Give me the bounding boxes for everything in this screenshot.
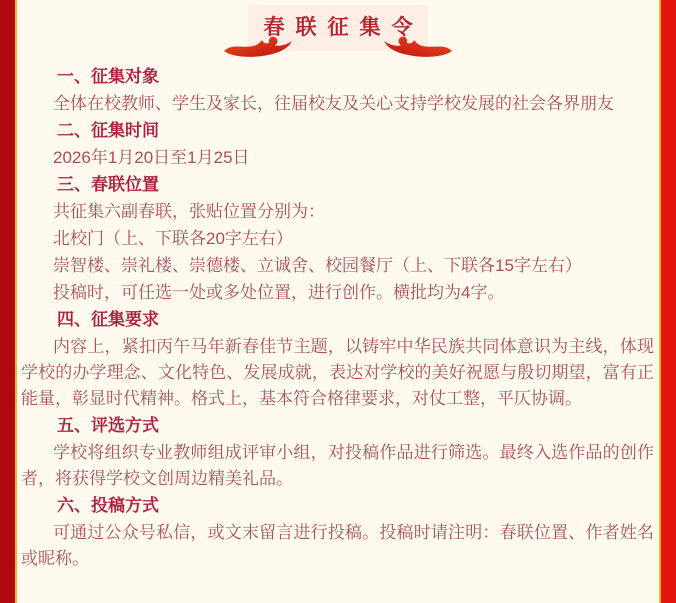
paragraph: 可通过公众号私信，或文末留言进行投稿。投稿时请注明：春联位置、作者姓名或昵称。 (21, 520, 654, 572)
section-heading: 三、春联位置 (21, 172, 654, 198)
section-couplet-locations: 三、春联位置 共征集六副春联，张贴位置分别为： 北校门（上、下联各20字左右） … (21, 172, 654, 306)
title-banner: 春联征集令 (248, 5, 428, 51)
left-red-border (0, 0, 15, 603)
section-collection-targets: 一、征集对象 全体在校教师、学生及家长，往届校友及关心支持学校发展的社会各界朋友 (21, 64, 654, 117)
section-heading: 六、投稿方式 (21, 493, 654, 519)
paragraph: 内容上，紧扣丙午马年新春佳节主题，以铸牢中华民族共同体意识为主线，体现学校的办学… (21, 334, 654, 412)
right-gold-pinstripe (659, 0, 661, 603)
section-collection-requirements: 四、征集要求 内容上，紧扣丙午马年新春佳节主题，以铸牢中华民族共同体意识为主线，… (21, 307, 654, 412)
paragraph: 投稿时，可任选一处或多处位置，进行创作。横批均为4字。 (21, 280, 654, 306)
ribbon-swoosh-icon (382, 34, 454, 60)
section-heading: 一、征集对象 (21, 64, 654, 90)
paragraph: 学校将组织专业教师组成评审小组，对投稿作品进行筛选。最终入选作品的创作者，将获得… (21, 440, 654, 492)
paragraph: 共征集六副春联，张贴位置分别为： (21, 199, 654, 225)
paragraph: 全体在校教师、学生及家长，往届校友及关心支持学校发展的社会各界朋友 (21, 91, 654, 117)
left-gold-pinstripe (15, 0, 17, 603)
notice-body: 一、征集对象 全体在校教师、学生及家长，往届校友及关心支持学校发展的社会各界朋友… (0, 64, 676, 572)
right-red-border (661, 0, 676, 603)
ribbon-swoosh-icon (222, 34, 294, 60)
paragraph: 崇智楼、崇礼楼、崇德楼、立诚舍、校园餐厅（上、下联各15字左右） (21, 253, 654, 279)
section-collection-time: 二、征集时间 2026年1月20日至1月25日 (21, 118, 654, 171)
notice-page: 春联征集令 一、征集对象 全体在校教师、学生及家长，往届校友及关心支持学校发展的… (0, 0, 676, 603)
section-selection-method: 五、评选方式 学校将组织专业教师组成评审小组，对投稿作品进行筛选。最终入选作品的… (21, 413, 654, 492)
section-heading: 五、评选方式 (21, 413, 654, 439)
section-heading: 二、征集时间 (21, 118, 654, 144)
section-heading: 四、征集要求 (21, 307, 654, 333)
paragraph: 北校门（上、下联各20字左右） (21, 226, 654, 252)
paragraph: 2026年1月20日至1月25日 (21, 145, 654, 171)
section-submission-method: 六、投稿方式 可通过公众号私信，或文末留言进行投稿。投稿时请注明：春联位置、作者… (21, 493, 654, 572)
